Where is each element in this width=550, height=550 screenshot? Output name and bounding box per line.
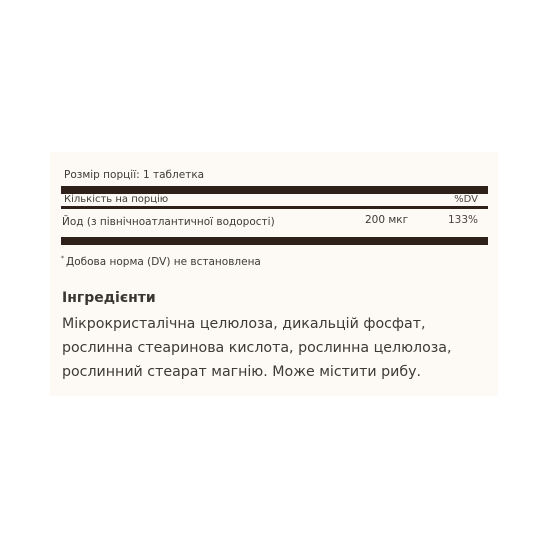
divider-thin bbox=[61, 206, 488, 209]
ingredients-title: Інгредієнти bbox=[62, 290, 156, 306]
serving-size: Розмір порції: 1 таблетка bbox=[64, 169, 204, 181]
nutrient-amount: 200 мкг bbox=[365, 214, 408, 226]
supplement-label-panel: Розмір порції: 1 таблетка Кількість на п… bbox=[50, 152, 498, 396]
dv-column-header: %DV bbox=[454, 194, 478, 205]
footnote: *Добова норма (DV) не встановлена bbox=[61, 255, 261, 268]
divider-thick-bottom bbox=[61, 237, 488, 245]
amount-per-serving-label: Кількість на порцію bbox=[64, 194, 168, 205]
ingredients-line: рослинний стеарат магнію. Може містити р… bbox=[62, 360, 502, 384]
divider-thick-top bbox=[61, 186, 488, 194]
ingredients-list: Мікрокристалічна целюлоза, дикальцій фос… bbox=[62, 312, 502, 384]
footnote-text: Добова норма (DV) не встановлена bbox=[66, 256, 261, 268]
ingredients-line: рослинна стеаринова кислота, рослинна це… bbox=[62, 336, 502, 360]
nutrient-name: Йод (з північноатлантичної водорості) bbox=[62, 216, 275, 228]
nutrient-dv: 133% bbox=[448, 214, 478, 226]
ingredients-line: Мікрокристалічна целюлоза, дикальцій фос… bbox=[62, 312, 502, 336]
footnote-marker: * bbox=[61, 255, 64, 262]
